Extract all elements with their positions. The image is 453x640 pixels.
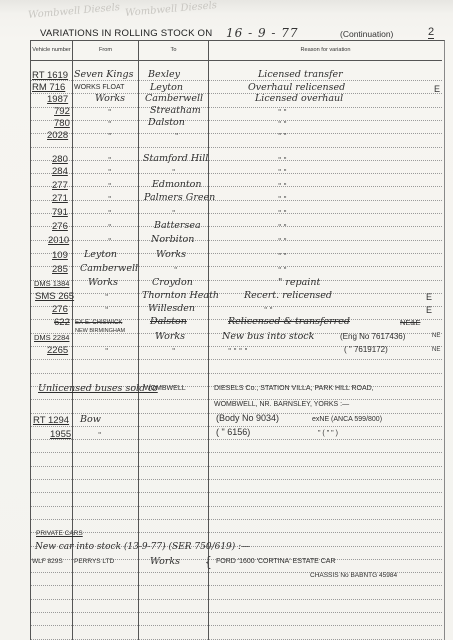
ditto-mark: ": [108, 236, 111, 246]
to-cell: Works: [155, 331, 185, 342]
ditto-mark: " ": [278, 222, 287, 232]
from-cell: NEW BIRMINGHAM: [75, 328, 135, 335]
vehicle-number: 780: [54, 118, 70, 129]
reason-cell: Relicensed & transferred: [228, 316, 350, 327]
ruled-line: [31, 492, 442, 493]
header-vehicle-number: Vehicle number: [31, 40, 72, 61]
ruled-line: [31, 133, 442, 134]
vehicle-number: DMS 1384: [34, 278, 69, 289]
ditto-mark: ": [108, 194, 111, 204]
ruled-line: [31, 519, 442, 520]
ditto-mark: ": [172, 346, 175, 356]
vehicle-number: 1987: [47, 94, 68, 105]
ruled-line: [31, 293, 442, 294]
ruled-line: [31, 452, 442, 453]
vehicle-number: 622: [54, 317, 70, 328]
ditto-mark: " ": [264, 305, 273, 315]
from-cell: Camberwell: [80, 263, 138, 274]
sold-address-line-2: WOMBWELL, NR. BARNSLEY, YORKS :—: [214, 400, 349, 410]
car-description: FORD '1600 'CORTINA' ESTATE CAR: [216, 557, 336, 567]
from-cell: PERRYS LTD: [74, 557, 114, 567]
ditto-mark: " ": [278, 236, 287, 246]
to-cell: Thornton Heath: [142, 290, 219, 301]
ditto-mark: ": [174, 265, 177, 275]
from-cell: EX-E. CHISWICK: [75, 318, 122, 328]
status-mark: E: [426, 292, 432, 302]
to-cell: Norbiton: [151, 234, 194, 245]
vehicle-number: RM 716: [32, 82, 65, 93]
faint-stamp-2: Wombwell Diesels: [125, 0, 218, 19]
continuation-label: (Continuation): [340, 29, 393, 39]
ruled-line: [31, 359, 442, 360]
from-cell: Leyton: [84, 249, 117, 260]
ditto-mark: " ": [278, 107, 287, 117]
ditto-mark: " ": [278, 119, 287, 129]
ruled-line: [31, 585, 442, 586]
from-cell: WORKS FLOAT: [74, 83, 124, 93]
reason-cell: Licensed overhaul: [255, 93, 343, 104]
ditto-mark: ": [172, 208, 175, 218]
ruled-line: [31, 625, 442, 626]
engine-number: (Eng No 7617436): [340, 332, 405, 342]
vehicle-number: RT 1294: [33, 415, 69, 426]
header-reason: Reason for variation: [209, 40, 442, 61]
to-cell: Dalston: [148, 117, 185, 128]
ditto-mark: " ": [278, 131, 287, 141]
to-cell: Edmonton: [152, 179, 202, 190]
ex-ne-note: exNE (ANCA 599/800): [312, 415, 382, 425]
from-cell: Seven Kings: [74, 69, 133, 80]
vehicle-number: 2028: [47, 130, 68, 141]
private-cars-line: New car into stock (13-9-77) (SER 750/61…: [35, 542, 250, 553]
ruled-line: [31, 160, 442, 161]
ditto-mark: " ": [278, 155, 287, 165]
ditto-mark: ": [108, 107, 111, 117]
ruled-line: [31, 612, 442, 613]
to-cell: Camberwell: [145, 93, 203, 104]
sold-address-line-1: DIESELS Co., STATION VILLA, PARK HILL RO…: [214, 384, 374, 394]
vehicle-number: 284: [52, 166, 68, 177]
sold-heading: Unlicensed buses sold to: [38, 383, 158, 394]
to-cell: Willesden: [148, 303, 195, 314]
ditto-mark: " ": [278, 181, 287, 191]
vehicle-number: 791: [52, 207, 68, 218]
document-page: Wombwell Diesels Wombwell Diesels VARIAT…: [0, 0, 453, 640]
ditto-mark: ": [105, 292, 108, 302]
ruled-line: [31, 226, 442, 227]
ruled-line: [31, 439, 442, 440]
page-title: VARIATIONS IN ROLLING STOCK ON: [40, 28, 212, 39]
vehicle-number: 271: [52, 193, 68, 204]
ex-ne-note: " ( " " ): [318, 429, 338, 439]
status-mark: NE: [432, 333, 440, 339]
vehicle-number: 280: [52, 154, 68, 165]
from-cell: Bow: [80, 414, 101, 425]
ditto-mark: " ": [278, 251, 287, 261]
ruled-line: [31, 599, 442, 600]
ruled-line: [31, 147, 442, 148]
ruled-line: [31, 186, 442, 187]
ruled-line: [31, 107, 442, 108]
header-from: From: [73, 40, 138, 61]
to-cell: Streatham: [150, 105, 201, 116]
from-cell: Works: [95, 93, 125, 104]
reason-cell: Licensed transfer: [258, 69, 343, 80]
ditto-mark: ": [108, 119, 111, 129]
ditto-mark: " ": [278, 194, 287, 204]
vehicle-number: 285: [52, 264, 68, 275]
ditto-mark: ": [172, 167, 175, 177]
sold-to: WOMBWELL: [144, 384, 186, 394]
ditto-mark: ": [108, 167, 111, 177]
document-date: 16 - 9 - 77: [226, 26, 299, 40]
ditto-mark: " ": [278, 208, 287, 218]
to-cell: Leyton: [150, 82, 183, 93]
ditto-mark: ": [108, 181, 111, 191]
reason-cell: Overhaul relicensed: [248, 82, 345, 93]
to-cell: Works: [156, 249, 186, 260]
vehicle-number: 792: [54, 106, 70, 117]
ditto-mark: ": [175, 131, 178, 141]
vehicle-number: 2265: [47, 345, 68, 356]
ditto-mark: ": [108, 155, 111, 165]
ditto-mark: ": [108, 222, 111, 232]
ruled-line: [31, 173, 442, 174]
vehicle-number: RT 1619: [32, 70, 68, 81]
status-mark: NE&E: [400, 318, 420, 327]
to-cell: Battersea: [154, 220, 201, 231]
from-cell: Works: [88, 277, 118, 288]
ruled-line: [31, 80, 442, 81]
ruled-line: [31, 120, 442, 121]
ditto-mark: " ": [278, 167, 287, 177]
body-number: (Body No 9034): [216, 413, 279, 423]
ditto-mark: ": [108, 131, 111, 141]
header-to: To: [139, 40, 208, 61]
vehicle-number: 2010: [48, 235, 69, 246]
ditto-mark: ": [98, 430, 101, 440]
ditto-mark: " ": [278, 265, 287, 275]
ruled-line: [31, 306, 442, 307]
vehicle-number: WLF 829S: [32, 557, 63, 567]
ruled-line: [31, 213, 442, 214]
to-cell: Works: [150, 556, 180, 567]
ruled-line: [31, 200, 442, 201]
ruled-line: [31, 466, 442, 467]
vehicle-number: 277: [52, 180, 68, 191]
vehicle-number: 276: [52, 221, 68, 232]
ruled-line: [31, 532, 442, 533]
body-number: ( " 6156): [216, 427, 250, 437]
faint-stamp: Wombwell Diesels: [28, 2, 121, 21]
ruled-line: [31, 479, 442, 480]
ruled-line: [31, 240, 442, 241]
ditto-mark: ": [105, 346, 108, 356]
to-cell: Croydon: [152, 277, 193, 288]
ruled-line: [31, 373, 442, 374]
page-number: 2: [428, 27, 434, 39]
to-cell: Bexley: [148, 69, 180, 80]
reason-cell: " repaint: [278, 277, 320, 288]
vehicle-number: 1955: [50, 429, 71, 440]
vehicle-number: 109: [52, 250, 68, 261]
status-mark: NE: [432, 347, 440, 353]
ditto-mark: ": [105, 305, 108, 315]
ditto-mark: ": [108, 208, 111, 218]
to-cell: Dalston: [150, 316, 187, 327]
brace-icon: {: [206, 556, 211, 566]
engine-number: ( " 7619172): [344, 345, 388, 355]
to-cell: Stamford Hill: [143, 153, 208, 164]
reason-cell: New bus into stock: [222, 331, 314, 342]
ruled-line: [31, 93, 442, 94]
to-cell: Palmers Green: [144, 192, 215, 203]
vehicle-number: 276: [52, 304, 68, 315]
vehicle-number: DMS 2284: [34, 332, 69, 343]
reason-cell: Recert. relicensed: [244, 290, 332, 301]
ruled-line: [31, 506, 442, 507]
status-mark: E: [434, 84, 440, 94]
private-cars-heading: PRIVATE CARS: [36, 529, 83, 539]
status-mark: E: [426, 305, 432, 315]
vehicle-number: SMS 265: [35, 291, 74, 302]
chassis-number: CHASSIS No BABNTG 45984: [310, 571, 397, 581]
ditto-mark: " " " ": [228, 346, 248, 356]
